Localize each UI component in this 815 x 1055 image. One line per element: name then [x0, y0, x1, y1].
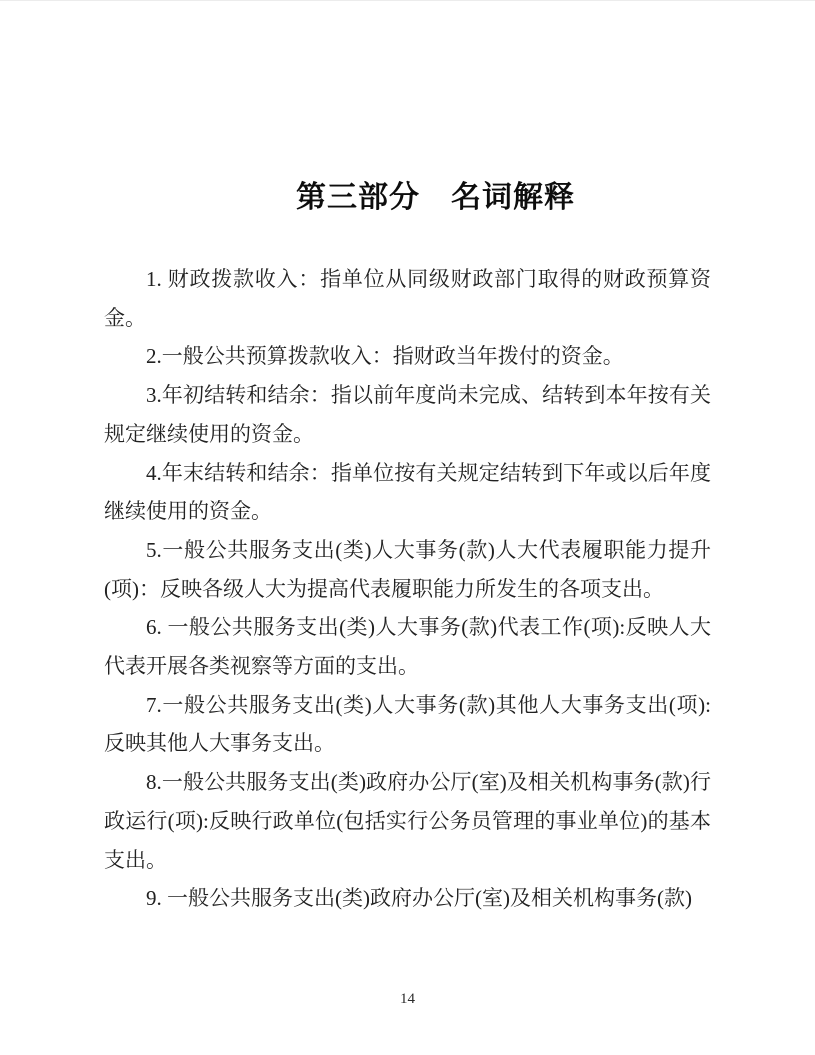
definition-paragraph-8: 8.一般公共服务支出(类)政府办公厅(室)及相关机构事务(款)行政运行(项):反… — [104, 763, 711, 879]
document-page: 第三部分 名词解释 1. 财政拨款收入：指单位从同级财政部门取得的财政预算资金。… — [0, 0, 815, 1055]
definition-paragraph-7: 7.一般公共服务支出(类)人大事务(款)其他人大事务支出(项):反映其他人大事务… — [104, 686, 711, 763]
definition-paragraph-3: 3.年初结转和结余：指以前年度尚未完成、结转到本年按有关规定继续使用的资金。 — [104, 376, 711, 453]
definition-paragraph-9: 9. 一般公共服务支出(类)政府办公厅(室)及相关机构事务(款) — [104, 879, 711, 918]
definition-paragraph-4: 4.年末结转和结余：指单位按有关规定结转到下年或以后年度继续使用的资金。 — [104, 454, 711, 531]
definition-paragraph-6: 6. 一般公共服务支出(类)人大事务(款)代表工作(项):反映人大代表开展各类视… — [104, 608, 711, 685]
definition-paragraph-2: 2.一般公共预算拨款收入：指财政当年拨付的资金。 — [104, 337, 711, 376]
document-body: 1. 财政拨款收入：指单位从同级财政部门取得的财政预算资金。 2.一般公共预算拨… — [104, 260, 711, 918]
section-title: 第三部分 名词解释 — [0, 179, 815, 217]
definition-paragraph-1: 1. 财政拨款收入：指单位从同级财政部门取得的财政预算资金。 — [104, 260, 711, 337]
page-number: 14 — [0, 989, 815, 1009]
definition-paragraph-5: 5.一般公共服务支出(类)人大事务(款)人大代表履职能力提升(项)：反映各级人大… — [104, 531, 711, 608]
